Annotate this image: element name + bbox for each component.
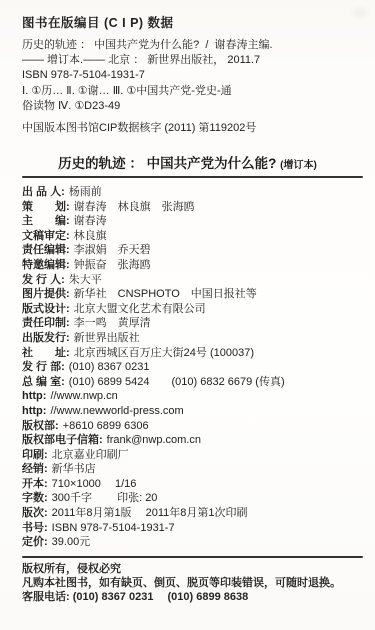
colophon-value: 新华书店 <box>52 463 96 475</box>
colophon-row: 出版发行:新世界出版社 <box>22 331 285 346</box>
colophon-row: 印刷:北京嘉业印刷厂 <box>22 448 285 463</box>
cip-catalog-line: Ⅰ. ①历… Ⅱ. ①谢… Ⅲ. ①中国共产党-党史-通 <box>22 84 273 99</box>
colophon-label: 责任印制: <box>22 317 70 329</box>
colophon-label: 责任编辑: <box>22 244 70 256</box>
colophon-row: 社 址:北京西城区百万庄大街24号 (100037) <box>22 346 285 361</box>
colophon-label: 版式设计: <box>22 303 70 315</box>
colophon-value: 谢春涛 <box>74 215 107 227</box>
book-copyright-page: 图书在版编目 (C I P) 数据 历史的轨迹 ： 中国共产党为什么能? / 谢… <box>0 0 375 630</box>
colophon-row: 图片提供:新华社 CNSPHOTO 中国日报社等 <box>22 287 285 302</box>
colophon-row: 定价:39.00元 <box>22 535 285 550</box>
colophon-label: 版次: <box>22 507 48 519</box>
colophon-value: //www.nwp.cn <box>50 390 117 402</box>
colophon-row: 发 行 人:朱大平 <box>22 273 285 288</box>
cip-catalog-line: ISBN 978-7-5104-1931-7 <box>22 68 273 83</box>
colophon-value: +8610 6899 6306 <box>63 420 149 432</box>
colophon-label: 书号: <box>22 522 48 534</box>
colophon-label: 策 划: <box>22 201 70 213</box>
colophon-row: 策 划:谢春涛 林良旗 张海鸥 <box>22 200 285 215</box>
colophon-row: 版权部:+8610 6899 6306 <box>22 419 285 434</box>
colophon-value: (010) 6899 5424 (010) 6832 6679 (传真) <box>69 376 285 388</box>
divider-top <box>22 176 363 178</box>
divider-bottom <box>22 556 363 558</box>
copyright-notice-block: 版权所有，侵权必究凡购本社图书，如有缺页、倒页、脱页等印装错误，可随时退换。客服… <box>22 562 341 605</box>
colophon-label: 开本: <box>22 478 48 490</box>
colophon-label: http: <box>22 405 46 417</box>
colophon-label: 发 行 人: <box>22 274 65 286</box>
copyright-notice-line: 客服电话: (010) 8367 0231 (010) 6899 8638 <box>22 590 341 604</box>
cip-data-header: 图书在版编目 (C I P) 数据 <box>22 13 174 31</box>
colophon-row: 发 行 部:(010) 8367 0231 <box>22 360 285 375</box>
colophon-value: (010) 8367 0231 <box>69 361 150 373</box>
colophon-row: http://www.nwp.cn <box>22 389 285 404</box>
colophon-list: 出 品 人:杨雨前策 划:谢春涛 林良旗 张海鸥主 编:谢春涛文稿审定:林良旗责… <box>22 185 285 550</box>
colophon-label: 图片提供: <box>22 288 70 300</box>
colophon-label: 版权部电子信箱: <box>22 434 103 446</box>
colophon-row: 特邀编辑:钟振奋 张海鸥 <box>22 258 285 273</box>
colophon-value: frank@nwp.com.cn <box>107 434 201 446</box>
copyright-notice-line: 凡购本社图书，如有缺页、倒页、脱页等印装错误，可随时退换。 <box>22 576 341 590</box>
colophon-row: 开本:710×1000 1/16 <box>22 477 285 492</box>
colophon-value: 林良旗 <box>74 230 107 242</box>
colophon-label: 出版发行: <box>22 332 70 344</box>
colophon-value: ISBN 978-7-5104-1931-7 <box>52 522 175 534</box>
colophon-value: 北京嘉业印刷厂 <box>52 449 129 461</box>
colophon-value: 710×1000 1/16 <box>52 478 137 490</box>
colophon-label: 字数: <box>22 492 48 504</box>
colophon-row: 字数:300千字 印张: 20 <box>22 491 285 506</box>
colophon-value: 朱大平 <box>69 274 102 286</box>
colophon-value: 钟振奋 张海鸥 <box>74 259 151 271</box>
colophon-label: 经销: <box>22 463 48 475</box>
colophon-value: 39.00元 <box>52 536 91 548</box>
colophon-label: 定价: <box>22 536 48 548</box>
colophon-row: 主 编:谢春涛 <box>22 214 285 229</box>
scan-artifact <box>353 8 367 18</box>
colophon-row: 版次:2011年8月第1版 2011年8月第1次印刷 <box>22 506 285 521</box>
colophon-value: 李一鸣 黄厚清 <box>74 317 151 329</box>
colophon-label: 总 编 室: <box>22 376 65 388</box>
colophon-value: 北京西城区百万庄大街24号 (100037) <box>74 347 254 359</box>
colophon-row: 文稿审定:林良旗 <box>22 229 285 244</box>
colophon-row: 书号:ISBN 978-7-5104-1931-7 <box>22 521 285 536</box>
cip-catalog-line: 历史的轨迹 ： 中国共产党为什么能? / 谢春涛主编. <box>22 38 273 53</box>
colophon-label: 出 品 人: <box>22 186 65 198</box>
colophon-row: 总 编 室:(010) 6899 5424 (010) 6832 6679 (传… <box>22 375 285 390</box>
colophon-label: 社 址: <box>22 347 70 359</box>
colophon-value: //www.newworld-press.com <box>50 405 183 417</box>
colophon-value: 新华社 CNSPHOTO 中国日报社等 <box>74 288 257 300</box>
colophon-value: 谢春涛 林良旗 张海鸥 <box>74 201 195 213</box>
colophon-label: http: <box>22 390 46 402</box>
colophon-row: 经销:新华书店 <box>22 462 285 477</box>
cip-catalog-line: —— 增订本.—— 北京 ： 新世界出版社， 2011.7 <box>22 53 273 68</box>
colophon-label: 特邀编辑: <box>22 259 70 271</box>
book-title-main: 历史的轨迹 ： 中国共产党为什么能? <box>58 156 280 171</box>
colophon-row: http://www.newworld-press.com <box>22 404 285 419</box>
colophon-value: 新世界出版社 <box>74 332 140 344</box>
colophon-value: 2011年8月第1版 2011年8月第1次印刷 <box>52 507 248 519</box>
colophon-row: 版权部电子信箱:frank@nwp.com.cn <box>22 433 285 448</box>
book-title: 历史的轨迹 ： 中国共产党为什么能? (增订本) <box>0 152 375 172</box>
colophon-value: 李淑娟 乔天碧 <box>74 244 151 256</box>
book-title-edition: (增订本) <box>280 160 317 171</box>
colophon-row: 责任印制:李一鸣 黄厚清 <box>22 316 285 331</box>
cip-catalog-block: 历史的轨迹 ： 中国共产党为什么能? / 谢春涛主编.—— 增订本.—— 北京 … <box>22 38 273 114</box>
colophon-value: 300千字 印张: 20 <box>52 492 158 504</box>
colophon-label: 印刷: <box>22 449 48 461</box>
colophon-value: 北京大盟文化艺术有限公司 <box>74 303 206 315</box>
colophon-row: 出 品 人:杨雨前 <box>22 185 285 200</box>
colophon-label: 主 编: <box>22 215 70 227</box>
cip-catalog-line: 俗读物 Ⅳ. ①D23-49 <box>22 99 273 114</box>
colophon-row: 版式设计:北京大盟文化艺术有限公司 <box>22 302 285 317</box>
colophon-value: 杨雨前 <box>69 186 102 198</box>
colophon-label: 版权部: <box>22 420 59 432</box>
colophon-label: 文稿审定: <box>22 230 70 242</box>
copyright-notice-line: 版权所有，侵权必究 <box>22 562 341 576</box>
colophon-row: 责任编辑:李淑娟 乔天碧 <box>22 243 285 258</box>
colophon-label: 发 行 部: <box>22 361 65 373</box>
cip-registry-number: 中国版本图书馆CIP数据核字 (2011) 第119202号 <box>22 119 256 135</box>
